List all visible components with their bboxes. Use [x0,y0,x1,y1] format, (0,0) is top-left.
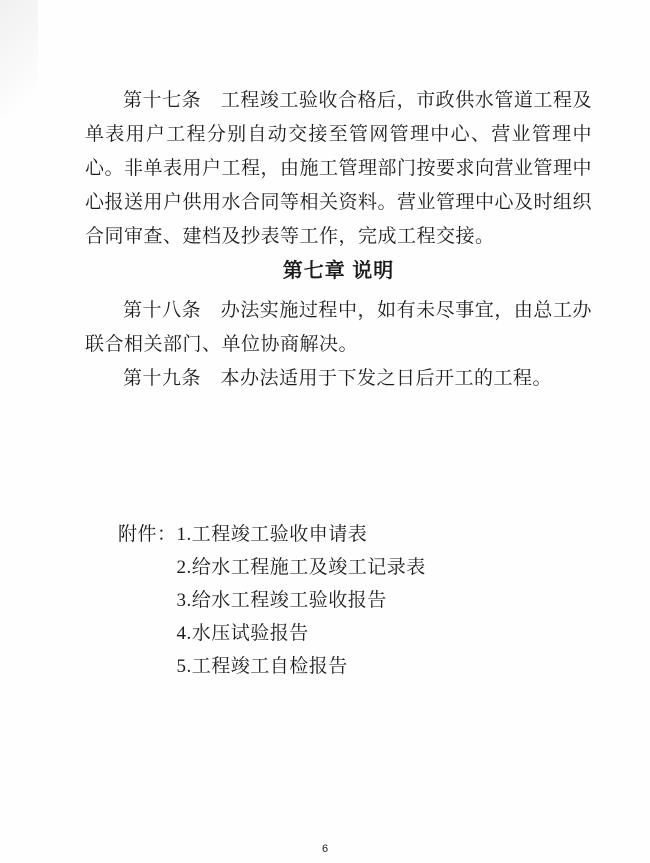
attachment-item: 2.给水工程施工及竣工记录表 [177,551,426,584]
document-page: 第十七条 工程竣工验收合格后，市政供水管道工程及单表用户工程分别自动交接至管网管… [0,0,650,863]
attachment-item: 4.水压试验报告 [177,617,426,650]
article-19-paragraph: 第十九条 本办法适用于下发之日后开工的工程。 [85,362,592,396]
page-number: 6 [0,843,650,855]
attachment-item: 5.工程竣工自检报告 [177,650,426,683]
attachments-list: 1.工程竣工验收申请表 2.给水工程施工及竣工记录表 3.给水工程竣工验收报告 … [177,518,426,683]
article-18-paragraph: 第十八条 办法实施过程中，如有未尽事宜，由总工办联合相关部门、单位协商解决。 [85,294,592,362]
scan-shading-artifact [0,0,38,118]
attachments-label: 附件： [118,518,177,551]
attachments-block: 附件： 1.工程竣工验收申请表 2.给水工程施工及竣工记录表 3.给水工程竣工验… [118,518,426,683]
document-body: 第十七条 工程竣工验收合格后，市政供水管道工程及单表用户工程分别自动交接至管网管… [85,84,592,396]
article-17-paragraph: 第十七条 工程竣工验收合格后，市政供水管道工程及单表用户工程分别自动交接至管网管… [85,84,592,254]
chapter-7-heading: 第七章 说明 [85,254,592,288]
attachment-item: 3.给水工程竣工验收报告 [177,584,426,617]
attachment-item: 1.工程竣工验收申请表 [177,518,426,551]
